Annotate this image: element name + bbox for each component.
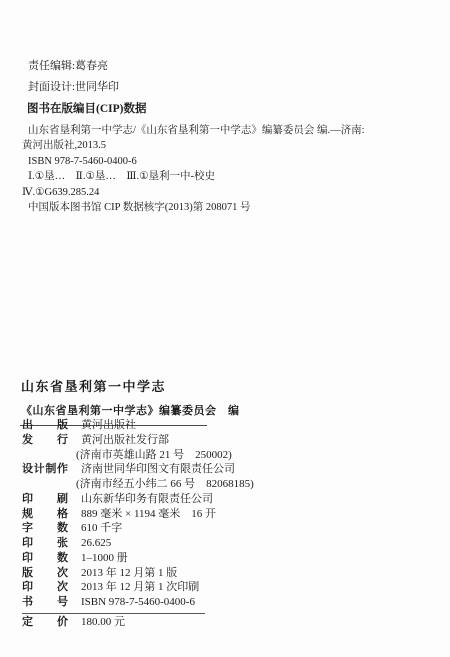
cip-block: 图书在版编目(CIP)数据 山东省垦利第一中学志/《山东省垦利第一中学志》编纂委… (22, 100, 432, 215)
colophon-row-printer: 印刷 山东新华印务有限责任公司 (22, 493, 254, 508)
row-value: (济南市经五小纬二 66 号 82068185) (76, 478, 254, 492)
row-value: 2013 年 12 月第 1 次印刷 (81, 581, 199, 595)
row-label: 印数 (22, 552, 68, 566)
row-label: 设计制作 (22, 463, 68, 477)
colophon-row-word-count: 字数 610 千字 (22, 522, 254, 537)
cover-design-line: 封面设计:世同华印 (28, 77, 119, 98)
cip-heading: 图书在版编目(CIP)数据 (27, 100, 432, 116)
cip-line: 山东省垦利第一中学志/《山东省垦利第一中学志》编纂委员会 编.—济南: (22, 123, 432, 138)
colophon-row-isbn: 书号 ISBN 978-7-5460-0400-6 (22, 596, 254, 611)
cip-line-classification: Ⅰ.①垦… Ⅱ.①垦… Ⅲ.①垦利一中-校史 (22, 169, 432, 184)
row-label: 书号 (22, 596, 68, 610)
colophon-row-design-address: (济南市经五小纬二 66 号 82068185) (22, 478, 254, 493)
book-editor-line: 《山东省垦利第一中学志》编纂委员会 编 (21, 402, 240, 418)
row-label: 字数 (22, 522, 68, 536)
row-value: 黄河出版社发行部 (81, 434, 169, 448)
row-value: 济南世同华印图文有限责任公司 (81, 463, 235, 477)
colophon-row-distributor-address: (济南市英雄山路 21 号 250002) (22, 449, 254, 464)
colophon-row-edition: 版次 2013 年 12 月第 1 版 (22, 567, 254, 582)
colophon-row-print-run: 印数 1–1000 册 (22, 552, 254, 567)
row-value: (济南市英雄山路 21 号 250002) (76, 449, 232, 463)
credits-block: 责任编辑:葛春亮 封面设计:世同华印 (28, 56, 119, 98)
row-label: 发行 (22, 434, 68, 448)
cip-lines: 山东省垦利第一中学志/《山东省垦利第一中学志》编纂委员会 编.—济南: 黄河出版… (22, 123, 432, 215)
cip-line: 黄河出版社,2013.5 (22, 138, 432, 153)
row-value: 180.00 元 (81, 616, 125, 630)
cip-line-isbn: ISBN 978-7-5460-0400-6 (22, 154, 432, 169)
colophon-row-design: 设计制作 济南世同华印图文有限责任公司 (22, 463, 254, 478)
row-value: 610 千字 (81, 522, 122, 536)
row-value: 山东新华印务有限责任公司 (81, 493, 213, 507)
responsible-editor-line: 责任编辑:葛春亮 (28, 56, 119, 77)
colophon-row-sheets: 印张 26.625 (22, 537, 254, 552)
cip-line-classification-2: Ⅳ.①G639.285.24 (22, 185, 432, 200)
colophon-row-impression: 印次 2013 年 12 月第 1 次印刷 (22, 581, 254, 596)
row-value: 黄河出版社 (81, 419, 136, 433)
colophon-table: 出版 黄河出版社 发行 黄河出版社发行部 (济南市英雄山路 21 号 25000… (22, 419, 254, 631)
row-label: 印刷 (22, 493, 68, 507)
row-label: 规格 (22, 508, 68, 522)
row-label: 印张 (22, 537, 68, 551)
isbn-divider (22, 613, 205, 614)
book-copyright-page: 责任编辑:葛春亮 封面设计:世同华印 图书在版编目(CIP)数据 山东省垦利第一… (0, 0, 450, 657)
row-value: 2013 年 12 月第 1 版 (81, 567, 177, 581)
colophon-row-price: 定价 180.00 元 (22, 616, 254, 631)
colophon-row-distributor: 发行 黄河出版社发行部 (22, 434, 254, 449)
colophon-row-format: 规格 889 毫米 × 1194 毫米 16 开 (22, 508, 254, 523)
cip-record-number-line: 中国版本图书馆 CIP 数据核字(2013)第 208071 号 (22, 200, 432, 215)
row-label: 印次 (22, 581, 68, 595)
row-value: 889 毫米 × 1194 毫米 16 开 (81, 508, 216, 522)
colophon-row-publisher: 出版 黄河出版社 (22, 419, 254, 434)
row-label: 版次 (22, 567, 68, 581)
book-title: 山东省垦利第一中学志 (21, 376, 240, 395)
row-value: 1–1000 册 (81, 552, 128, 566)
row-label: 出版 (22, 419, 68, 433)
row-value: 26.625 (81, 537, 111, 551)
row-value: ISBN 978-7-5460-0400-6 (81, 596, 195, 610)
row-label: 定价 (22, 616, 68, 630)
